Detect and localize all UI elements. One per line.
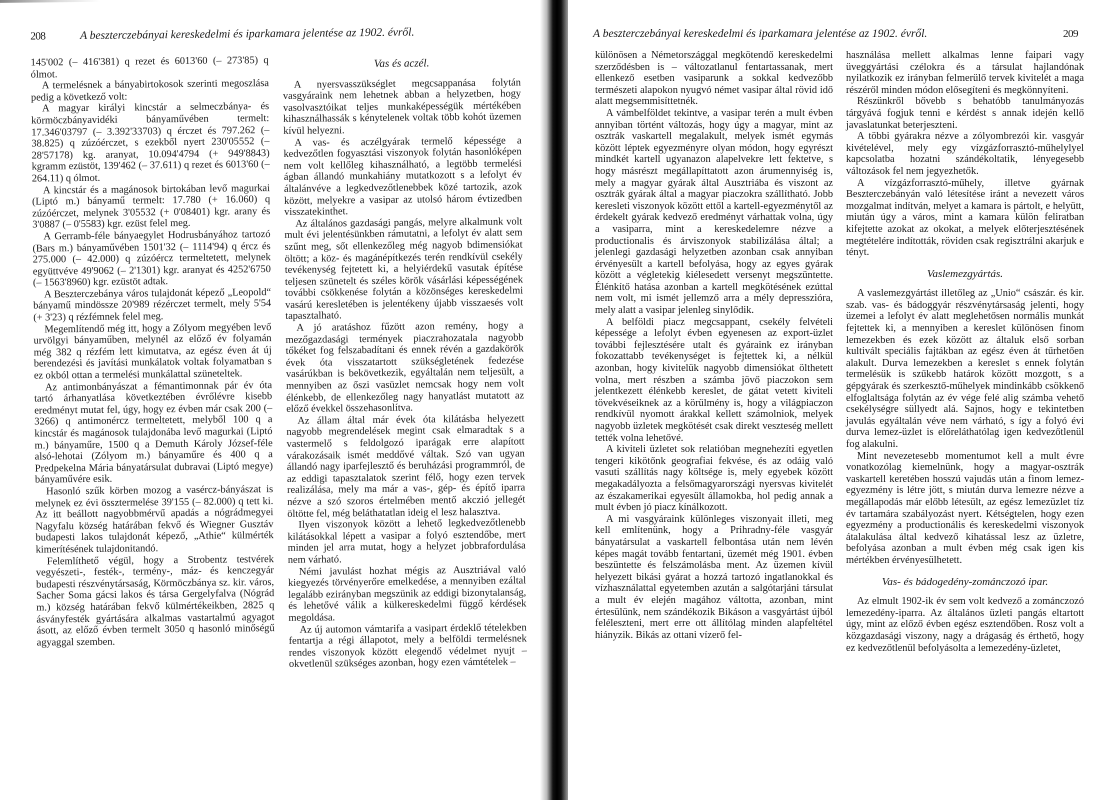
paragraph: Felemlíthető végül, hogy a Strobentz tes… (36, 554, 275, 649)
paragraph: Ilyen viszonyok között a lehető legkedve… (287, 518, 525, 567)
running-head-title-right: A beszterczebányai kereskedelmi és ipark… (593, 28, 927, 40)
paragraph: A vízgázforrasztó-műhely, illetve gyárna… (846, 178, 1084, 259)
paragraph: A belföldi piacz megcsappant, csekély fe… (595, 317, 833, 445)
paragraph: Megemlítendő még itt, hogy a Zólyom megy… (33, 322, 272, 382)
paragraph: A Beszterczebánya város tulajdonát képez… (33, 287, 271, 324)
paragraph: A vámbelföldet tekintve, a vasipar terén… (595, 108, 833, 317)
continued-text: használása mellett alkalmas lenne faipar… (846, 50, 1084, 259)
left-column-2: Vas és aczél. A nyersvasszükséglet megcs… (283, 55, 527, 670)
paragraph: Az állam által már évek óta kilátásba he… (286, 413, 525, 520)
paragraph: A Gerramb-féle bányaegylet Hodrusbányáho… (32, 229, 271, 289)
paragraph: A kincstár és a magánosok birtokában lev… (32, 183, 270, 232)
section-body-vaslemezgyartas: A vaslemezgyártást illetőleg az „Unio“ c… (846, 288, 1084, 566)
section-title-zomanczozo-ipar: Vas- és bádogedény-zománczozó ipar. (846, 577, 1084, 589)
left-column-1: 145'002 (– 416'381) q rezet és 6013'60 (… (31, 55, 275, 649)
book-spread: 208 A beszterczebányai kereskedelmi és i… (0, 0, 1102, 800)
paragraph: Az elmult 1902-ik év sem volt kedvező a … (846, 596, 1084, 654)
running-head-left: 208 A beszterczebányai kereskedelmi és i… (30, 27, 414, 47)
right-column-2: használása mellett alkalmas lenne faipar… (846, 50, 1084, 654)
paragraph: Az antimonbányászat a fémantimonnak pár … (34, 380, 273, 487)
paragraph: A nyersvasszükséglet megcsappanása folyt… (283, 77, 522, 137)
right-page: A beszterczebányai kereskedelmi és ipark… (568, 0, 1102, 800)
paragraph: A termelésnek a bányabirtokosok szerinti… (31, 78, 269, 104)
paragraph: A többi gyárakra nézve a zólyombrezói ki… (846, 131, 1084, 177)
paragraph: Mint nevezetesebb momentumot kell a mult… (846, 451, 1084, 567)
paragraph: A kiviteli üzletet sok relatióban megneh… (595, 444, 833, 514)
paragraph: Némi javulást hozhat mégis az Ausztriáva… (288, 564, 527, 624)
paragraph: Az általános gazdasági pangás, melyre al… (284, 216, 523, 323)
paragraph: Részünkről bővebb s behatóbb tanulmányoz… (846, 96, 1084, 131)
paragraph: A vas- és aczélgyárak termelő képessége … (283, 135, 522, 219)
paragraph: A magyar királyi kincstár a selmeczbánya… (31, 101, 270, 185)
left-page: 208 A beszterczebányai kereskedelmi és i… (0, 0, 556, 800)
paragraph: 145'002 (– 416'381) q rezet és 6013'60 (… (31, 55, 269, 81)
paragraph: A mi vasgyáraink különleges viszonyait i… (595, 514, 833, 642)
paragraph: Hasonló szűk körben mozog a vasércz-bány… (35, 484, 274, 556)
page-number-left: 208 (30, 30, 45, 42)
section-title-vaslemezgyartas: Vaslemezgyártás. (846, 269, 1084, 281)
page-number-right: 209 (1063, 28, 1078, 40)
running-head-right: A beszterczebányai kereskedelmi és ipark… (593, 28, 927, 44)
running-head-title-left: A beszterczebányai kereskedelmi és ipark… (80, 27, 414, 42)
section-body-vas-es-aczel: A nyersvasszükséglet megcsappanása folyt… (283, 77, 527, 671)
section-body-zomanczozo-ipar: Az elmult 1902-ik év sem volt kedvező a … (846, 596, 1084, 654)
right-column-1: különösen a Németországgal megkötendő ke… (595, 50, 833, 641)
paragraph: használása mellett alkalmas lenne faipar… (846, 50, 1084, 96)
paragraph: Az új automon vámtarifa a vasipart érdek… (289, 622, 527, 671)
paragraph: különösen a Németországgal megkötendő ke… (595, 50, 833, 108)
section-title-vas-es-aczel: Vas és aczél. (283, 57, 521, 71)
paragraph: A vaslemezgyártást illetőleg az „Unio“ c… (846, 288, 1084, 450)
paragraph: A jó aratáshoz fűzött azon remény, hogy … (285, 320, 524, 415)
